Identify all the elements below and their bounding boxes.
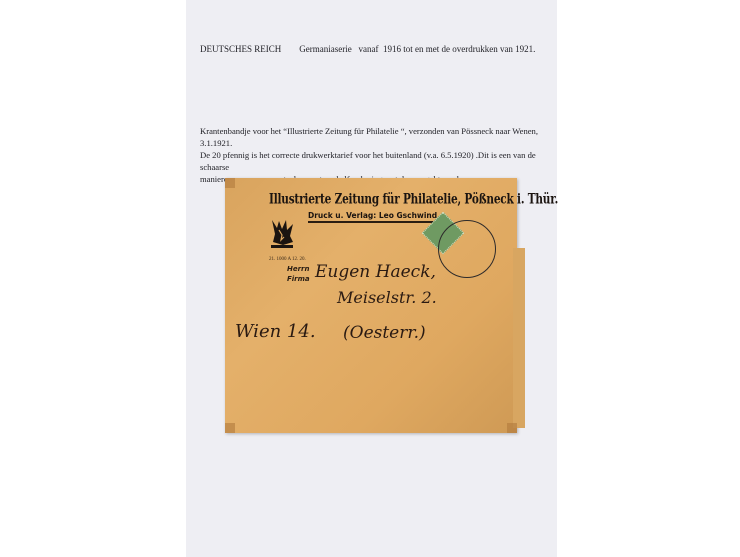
address-street: Meiselstr. 2. bbox=[337, 288, 437, 307]
mount-corner bbox=[225, 423, 235, 433]
page-header: DEUTSCHES REICHGermaniaserie vanaf 1916 … bbox=[200, 44, 535, 54]
printer-line: Druck u. Verlag: Leo Gschwind bbox=[308, 211, 437, 223]
mount-corner bbox=[225, 178, 235, 188]
publisher-logo-icon bbox=[269, 218, 295, 252]
mount-corner bbox=[507, 423, 517, 433]
print-code: 21. 1000 A 12. 20. bbox=[269, 257, 306, 262]
description-line: Krantenbandje voor het “Illustrierte Zei… bbox=[200, 125, 550, 149]
wrapper-fold bbox=[513, 248, 525, 428]
postmark-cancel bbox=[438, 220, 496, 278]
newspaper-wrapper: Illustrierte Zeitung für Philatelie, Pöß… bbox=[225, 178, 517, 433]
label-firma: Firma bbox=[287, 275, 310, 283]
description-line: De 20 pfennig is het correcte drukwerkta… bbox=[200, 149, 550, 173]
label-herrn: Herrn bbox=[287, 265, 310, 273]
description-text: Krantenbandje voor het “Illustrierte Zei… bbox=[200, 125, 550, 185]
address-name: Eugen Haeck, bbox=[315, 262, 436, 282]
masthead-title: Illustrierte Zeitung für Philatelie, Pöß… bbox=[269, 192, 558, 208]
series-subtitle: Germaniaserie vanaf 1916 tot en met de o… bbox=[299, 44, 535, 54]
address-city: Wien 14. bbox=[235, 321, 316, 342]
address-country: (Oesterr.) bbox=[343, 323, 426, 343]
country-title: DEUTSCHES REICH bbox=[200, 44, 281, 54]
